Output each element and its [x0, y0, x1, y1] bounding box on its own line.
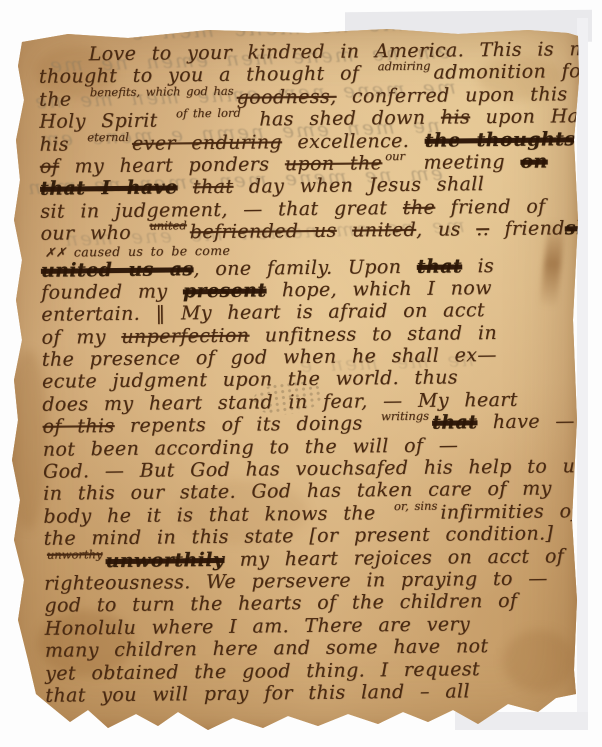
text-segment: sit in judgement, — that great [40, 197, 403, 223]
inserted-text: our [385, 146, 405, 167]
inserted-text: benefits, which god has [90, 81, 234, 104]
inserted-text: admiring [378, 56, 431, 78]
text-segment: infirmities of [440, 500, 579, 523]
text-segment: the [39, 88, 87, 110]
text-segment: day when Jesus shall [233, 173, 484, 198]
strikethrough-text: befriended us [190, 220, 337, 244]
heavy-strikeout-text: unworthily [105, 548, 224, 571]
text-segment: our who [40, 222, 146, 245]
heavy-strikeout-text: the thoughts [425, 128, 576, 152]
text-segment: repents of its doings [114, 413, 378, 438]
text-segment: conferred upon this land. The [336, 82, 602, 108]
text-segment: that you will pray for this land – all [45, 680, 470, 706]
text-segment: have — [477, 410, 575, 433]
strikethrough-text: upon the [285, 152, 383, 175]
inserted-text: writings [381, 406, 429, 428]
strikethrough-text: that [193, 176, 234, 198]
strikethrough-text: his [441, 106, 470, 128]
inserted-text: of the lord [176, 103, 241, 125]
text-segment: , us [416, 218, 476, 241]
inserted-text: or, sins [394, 495, 438, 516]
text-segment: friend [489, 217, 565, 240]
text-segment: my heart ponders [59, 153, 285, 177]
strikethrough-text: goodness, [237, 85, 337, 108]
text-segment [177, 177, 193, 199]
strikethrough-text: of [40, 156, 60, 178]
heavy-strikeout-text: united us as [41, 258, 194, 282]
text-segment: friend of [435, 195, 546, 218]
strikethrough-text: united [352, 219, 416, 242]
scan-background: me ne mene men e em ne mene men emen ne … [0, 0, 602, 747]
text-segment: unfitness to stand in [249, 322, 497, 347]
text-segment: of my [41, 326, 121, 349]
heavy-strikeout-text: that [432, 411, 478, 433]
letter-paper: me ne mene men e em ne mene men emen ne … [8, 20, 580, 732]
text-segment: his [39, 133, 84, 155]
text-segment: hope, which I now [266, 277, 492, 301]
text-segment: founded my [41, 280, 183, 303]
strikethrough-text: unperfection [121, 324, 249, 347]
heavy-strikeout-text: present [183, 279, 267, 302]
text-segment [337, 220, 353, 242]
strikethrough-text: the [403, 196, 436, 218]
heavy-strikeout-text: that I have [40, 177, 178, 200]
manuscript-text: Love to your kindred in America. This is… [39, 39, 580, 708]
struck-insertion-text: united [149, 215, 186, 236]
strikethrough-text: ever enduring [132, 131, 282, 155]
text-segment: is [462, 255, 494, 277]
inserted-text: eternal [87, 126, 129, 147]
strikethrough-text: .. [476, 218, 489, 240]
strikethrough-text: of this [42, 415, 114, 438]
manuscript-line: that you will pray for this land – all [45, 680, 579, 708]
text-segment: body he it is that knows the [43, 502, 391, 528]
struck-insertion-text: unworthy [47, 544, 103, 566]
text-segment: admonition for [433, 60, 602, 84]
heavy-strikeout-text: that [417, 255, 463, 277]
second-sheet-edge-right [577, 18, 588, 720]
text-segment: has shed down [244, 107, 441, 131]
text-segment: , one family. Upon [193, 255, 417, 279]
text-segment: meeting [408, 151, 521, 174]
heavy-strikeout-text: on [520, 150, 548, 172]
